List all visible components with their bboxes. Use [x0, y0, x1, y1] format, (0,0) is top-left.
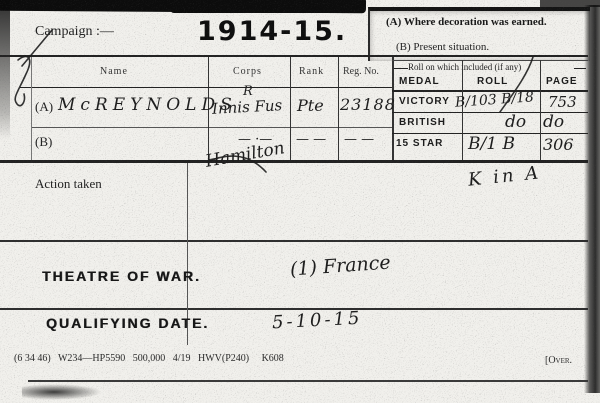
col-header-name: Name [100, 66, 128, 77]
rule-above-theatre [0, 240, 588, 242]
roll-page-divider [540, 60, 541, 160]
divider-corps-rank [290, 57, 291, 160]
col-header-corps: Corps [233, 66, 262, 77]
roll-col-header: ROLL [477, 76, 508, 87]
british-page-value: do [543, 112, 564, 132]
form-print-code: (6 34 46) W234—HP5590 500,000 4/19 HWV(P… [14, 353, 284, 364]
row-b-rank-dash: — — [296, 132, 326, 147]
rule-under-row-b [0, 160, 588, 163]
over-label: [Over. [545, 355, 572, 366]
star-roll-value: B/1 B [468, 134, 515, 154]
row-b-reg-dash: — — [344, 132, 374, 147]
medal-row-british: BRITISH [399, 117, 446, 128]
theatre-of-war-label: THEATRE OF WAR. [42, 268, 201, 284]
rule-under-campaign [0, 55, 588, 57]
scan-edge-left [0, 0, 10, 140]
corner-scribble-mark [15, 56, 30, 105]
scan-edge-top-right [540, 0, 600, 7]
medal-table-top-rule [392, 60, 588, 61]
row-a-label: (A) [35, 99, 53, 115]
soldier-name: McREYNOLDS [58, 95, 237, 115]
rule-card-bottom [28, 380, 588, 382]
campaign-title: 1914-15. [197, 16, 347, 47]
medal-span-dash-left [394, 68, 408, 69]
legend-where-earned: (A) Where decoration was earned. [386, 16, 547, 28]
medal-span-header: Roll on which included (if any) [408, 62, 521, 72]
legend-present-situation: (B) Present situation. [396, 41, 489, 53]
page-col-header: PAGE [546, 76, 578, 87]
scan-edge-top-blob [170, 0, 360, 13]
campaign-label: Campaign :— [35, 24, 114, 40]
col-header-reg-no: Reg. No. [343, 66, 379, 77]
medal-index-card: Campaign :— 1914-15. (A) Where decoratio… [0, 0, 600, 403]
victory-roll-value: B/103 B/18 [455, 89, 535, 110]
rank-value: Pte [297, 96, 324, 115]
rule-above-qualifying [0, 308, 588, 310]
medal-row-victory: VICTORY [399, 96, 450, 107]
qualifying-date-value: 5-10-15 [272, 308, 363, 334]
scan-edge-right [584, 5, 600, 393]
star-page-value: 306 [543, 135, 574, 154]
qualifying-date-label: QUALIFYING DATE. [46, 315, 209, 331]
victory-page-value: 753 [548, 93, 577, 111]
legend-box: (A) Where decoration was earned. (B) Pre… [368, 7, 590, 61]
divider-table-left [31, 57, 32, 160]
rule-under-headers [20, 87, 392, 88]
action-taken-label: Action taken [35, 176, 102, 192]
british-roll-value: do [505, 112, 526, 132]
medal-span-dash-right [574, 68, 586, 69]
divider-rank-reg [338, 57, 339, 160]
killed-in-action-note: K in A [467, 162, 542, 191]
scan-edge-bottom-left [22, 384, 102, 400]
row-b-corps-dash: — ·— [238, 132, 272, 147]
theatre-of-war-value: (1) France [289, 252, 391, 281]
row-b-label: (B) [35, 134, 52, 150]
medal-row-star: 15 STAR [396, 138, 443, 149]
corps-value: Innis Fus [212, 96, 283, 118]
medal-col-header: MEDAL [399, 76, 440, 87]
col-header-rank: Rank [299, 66, 324, 77]
reg-no-value: 23188 [340, 95, 396, 114]
